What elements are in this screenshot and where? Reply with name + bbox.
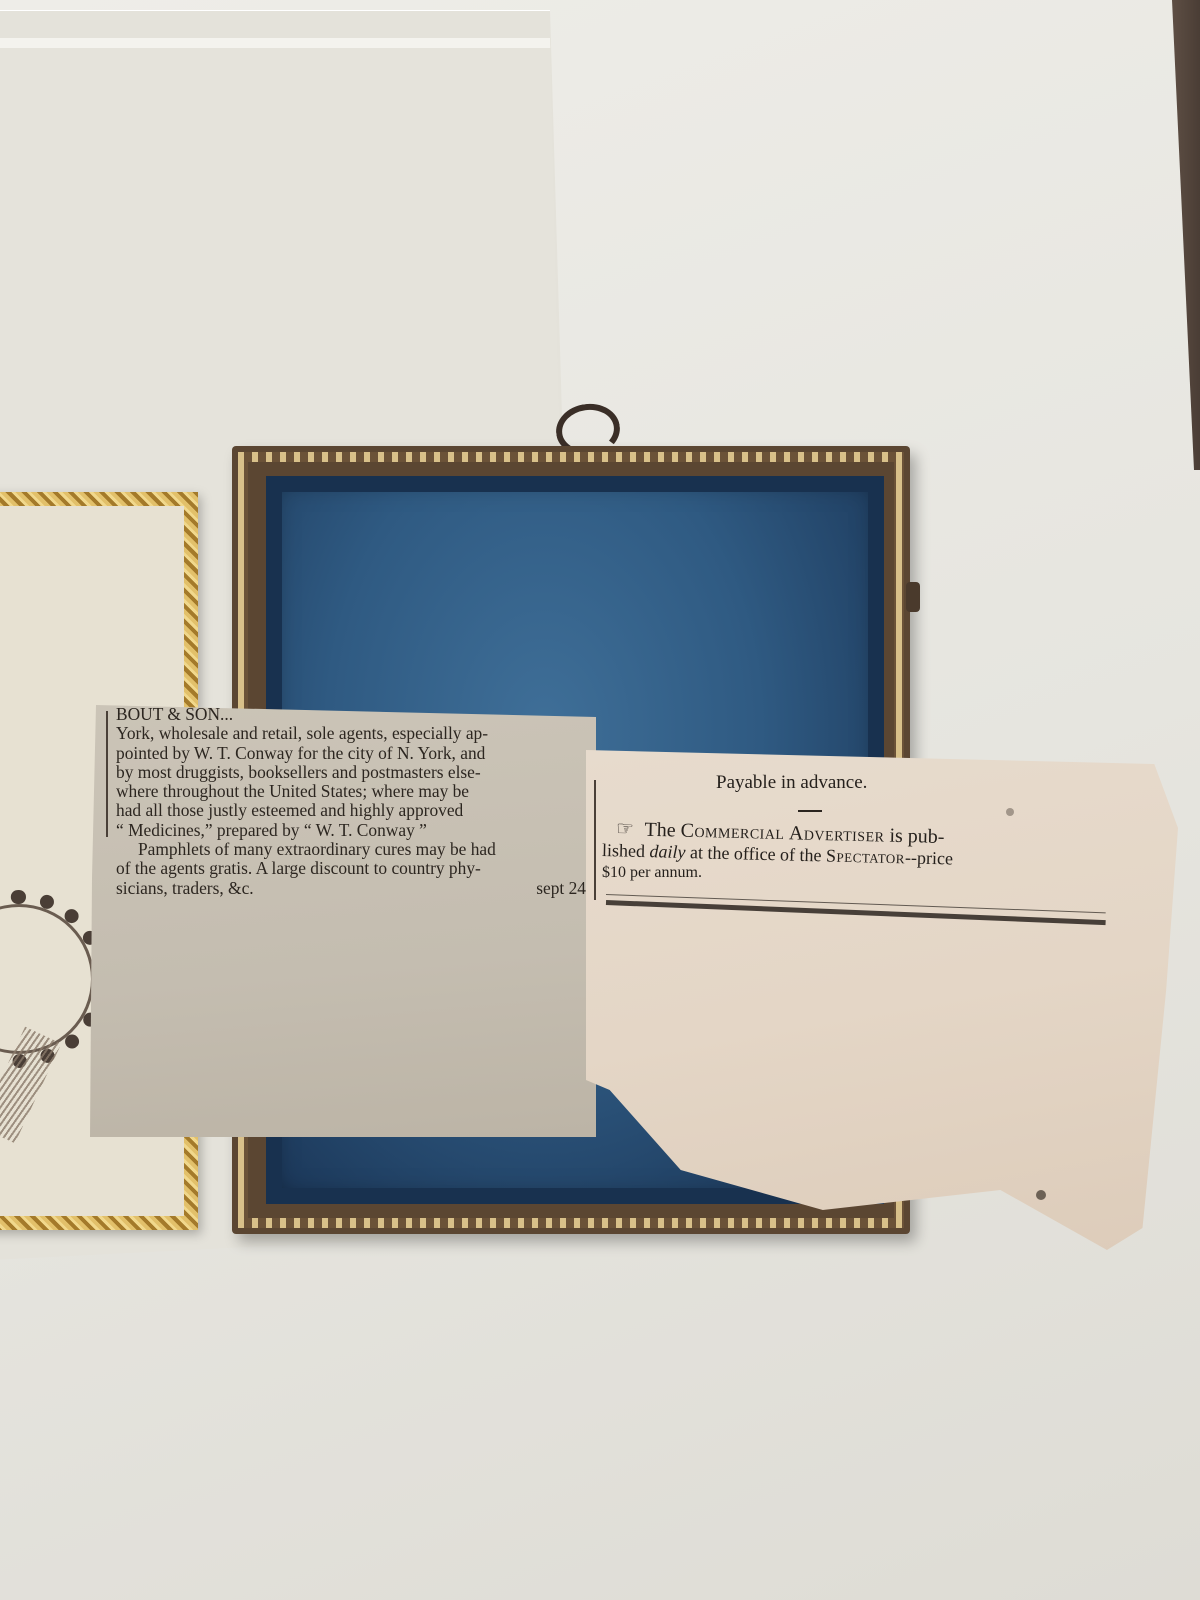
pointing-hand-icon: ☞ <box>616 818 634 840</box>
case-clasp <box>906 582 920 612</box>
text-line: sicians, traders, &c. <box>116 878 254 898</box>
text-line: Pamphlets of many extraordinary cures ma… <box>116 840 586 859</box>
text-line: by most druggists, booksellers and postm… <box>116 763 586 782</box>
text-line: pointed by W. T. Conway for the city of … <box>116 744 586 763</box>
ad-text: The <box>644 819 676 842</box>
text-line: where throughout the United States; wher… <box>116 782 586 801</box>
text-line-last: sicians, traders, &c. sept 24 <box>116 879 586 898</box>
text-line: of the agents gratis. A large discount t… <box>116 859 586 878</box>
ad-price-line: $10 per annum. <box>602 864 702 882</box>
ad-text: lished <box>602 840 645 861</box>
payable-notice: Payable in advance. <box>716 772 867 794</box>
ad-text-italic: daily <box>649 841 685 862</box>
ad-text: at the office of the <box>690 842 822 865</box>
column-rule <box>594 780 596 900</box>
text-line: “ Medicines,” prepared by “ W. T. Conway… <box>116 821 586 840</box>
ad-text: --price <box>905 847 953 868</box>
spectator-title: Spectator <box>826 845 905 867</box>
column-rule <box>106 711 108 837</box>
clipping-date: sept 24 <box>536 879 586 898</box>
newspaper-clipping-left: BOUT & SON... York, wholesale and retail… <box>90 705 596 1137</box>
text-line: had all those justly esteemed and highly… <box>116 801 586 820</box>
paper-stain <box>1006 808 1014 816</box>
clipping-left-text: BOUT & SON... York, wholesale and retail… <box>116 705 586 898</box>
text-line: York, wholesale and retail, sole agents,… <box>116 724 586 743</box>
separator-dash <box>798 810 822 812</box>
ad-text: is pub- <box>889 825 945 848</box>
paper-stain <box>1036 1190 1046 1200</box>
